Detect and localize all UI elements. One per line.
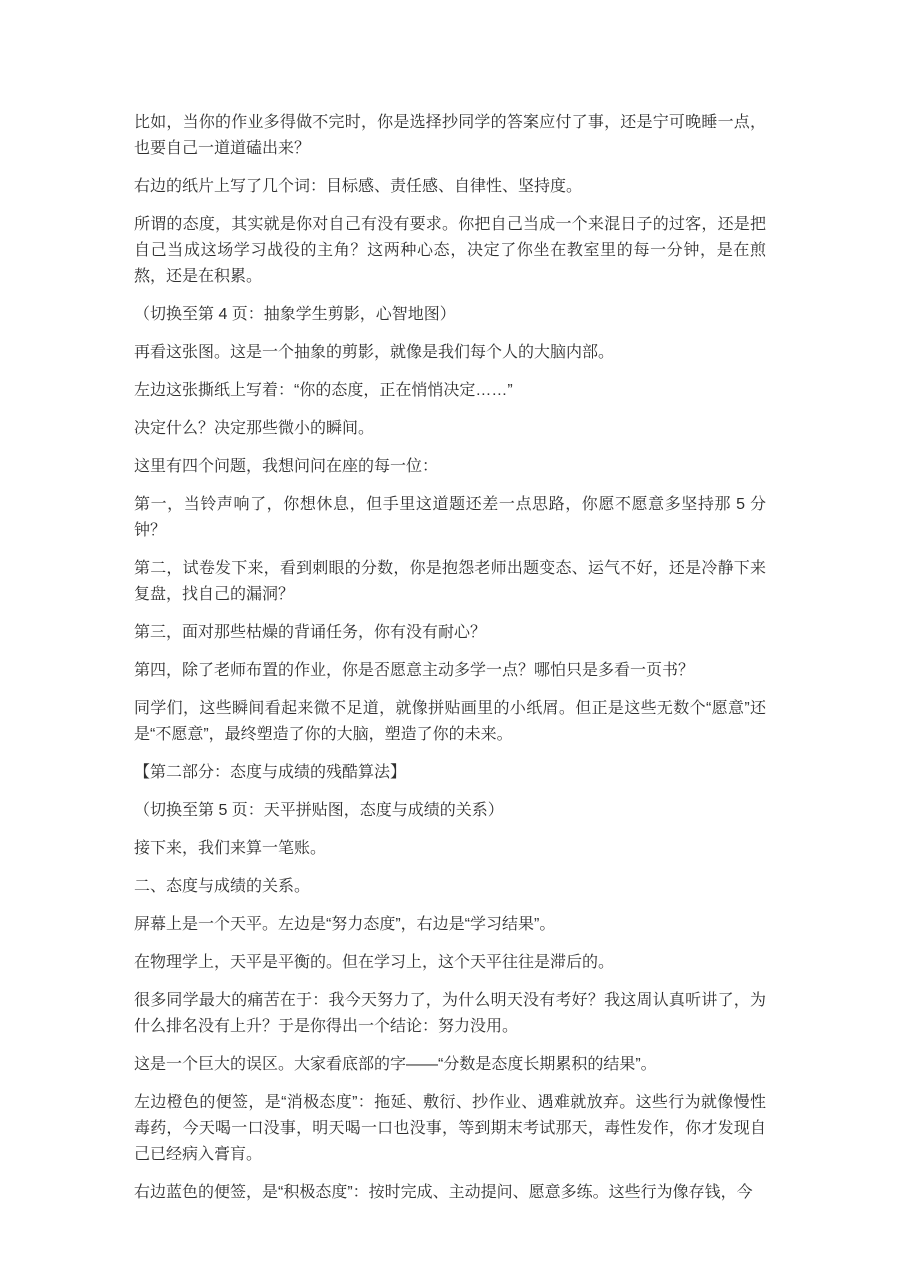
script-paragraph: 右边的纸片上写了几个词：目标感、责任感、自律性、坚持度。 bbox=[134, 174, 766, 200]
script-paragraph: 决定什么？决定那些微小的瞬间。 bbox=[134, 416, 766, 442]
script-paragraph: 屏幕上是一个天平。左边是“努力态度”，右边是“学习结果”。 bbox=[134, 912, 766, 938]
script-paragraph: 所谓的态度，其实就是你对自己有没有要求。你把自己当成一个来混日子的过客，还是把自… bbox=[134, 212, 766, 290]
slide-cue: （切换至第 5 页：天平拼贴图，态度与成绩的关系） bbox=[134, 798, 766, 824]
script-paragraph: 右边蓝色的便签，是“积极态度”：按时完成、主动提问、愿意多练。这些行为像存钱，今 bbox=[134, 1180, 766, 1206]
question-item: 第一，当铃声响了，你想休息，但手里这道题还差一点思路，你愿不愿意多坚持那 5 分… bbox=[134, 492, 766, 544]
script-paragraph: 在物理学上，天平是平衡的。但在学习上，这个天平往往是滞后的。 bbox=[134, 950, 766, 976]
script-paragraph: 这是一个巨大的误区。大家看底部的字——“分数是态度长期累积的结果”。 bbox=[134, 1052, 766, 1078]
question-item: 第二，试卷发下来，看到刺眼的分数，你是抱怨老师出题变态、运气不好，还是冷静下来复… bbox=[134, 556, 766, 608]
script-paragraph: 很多同学最大的痛苦在于：我今天努力了，为什么明天没有考好？我这周认真听讲了，为什… bbox=[134, 988, 766, 1040]
script-paragraph: 这里有四个问题，我想问问在座的每一位： bbox=[134, 454, 766, 480]
script-paragraph: 接下来，我们来算一笔账。 bbox=[134, 836, 766, 862]
document-page: 比如，当你的作业多得做不完时，你是选择抄同学的答案应付了事，还是宁可晚睡一点，也… bbox=[0, 0, 900, 1286]
script-paragraph: 左边这张撕纸上写着：“你的态度，正在悄悄决定……” bbox=[134, 378, 766, 404]
question-item: 第三，面对那些枯燥的背诵任务，你有没有耐心？ bbox=[134, 620, 766, 646]
slide-cue: （切换至第 4 页：抽象学生剪影，心智地图） bbox=[134, 302, 766, 328]
section-heading: 【第二部分：态度与成绩的残酷算法】 bbox=[134, 760, 766, 786]
script-paragraph: 左边橙色的便签，是“消极态度”：拖延、敷衍、抄作业、遇难就放弃。这些行为就像慢性… bbox=[134, 1090, 766, 1168]
question-item: 第四，除了老师布置的作业，你是否愿意主动多学一点？哪怕只是多看一页书？ bbox=[134, 658, 766, 684]
script-paragraph: 再看这张图。这是一个抽象的剪影，就像是我们每个人的大脑内部。 bbox=[134, 340, 766, 366]
script-paragraph: 同学们，这些瞬间看起来微不足道，就像拼贴画里的小纸屑。但正是这些无数个“愿意”还… bbox=[134, 696, 766, 748]
script-paragraph: 比如，当你的作业多得做不完时，你是选择抄同学的答案应付了事，还是宁可晚睡一点，也… bbox=[134, 110, 766, 162]
subsection-heading: 二、态度与成绩的关系。 bbox=[134, 874, 766, 900]
